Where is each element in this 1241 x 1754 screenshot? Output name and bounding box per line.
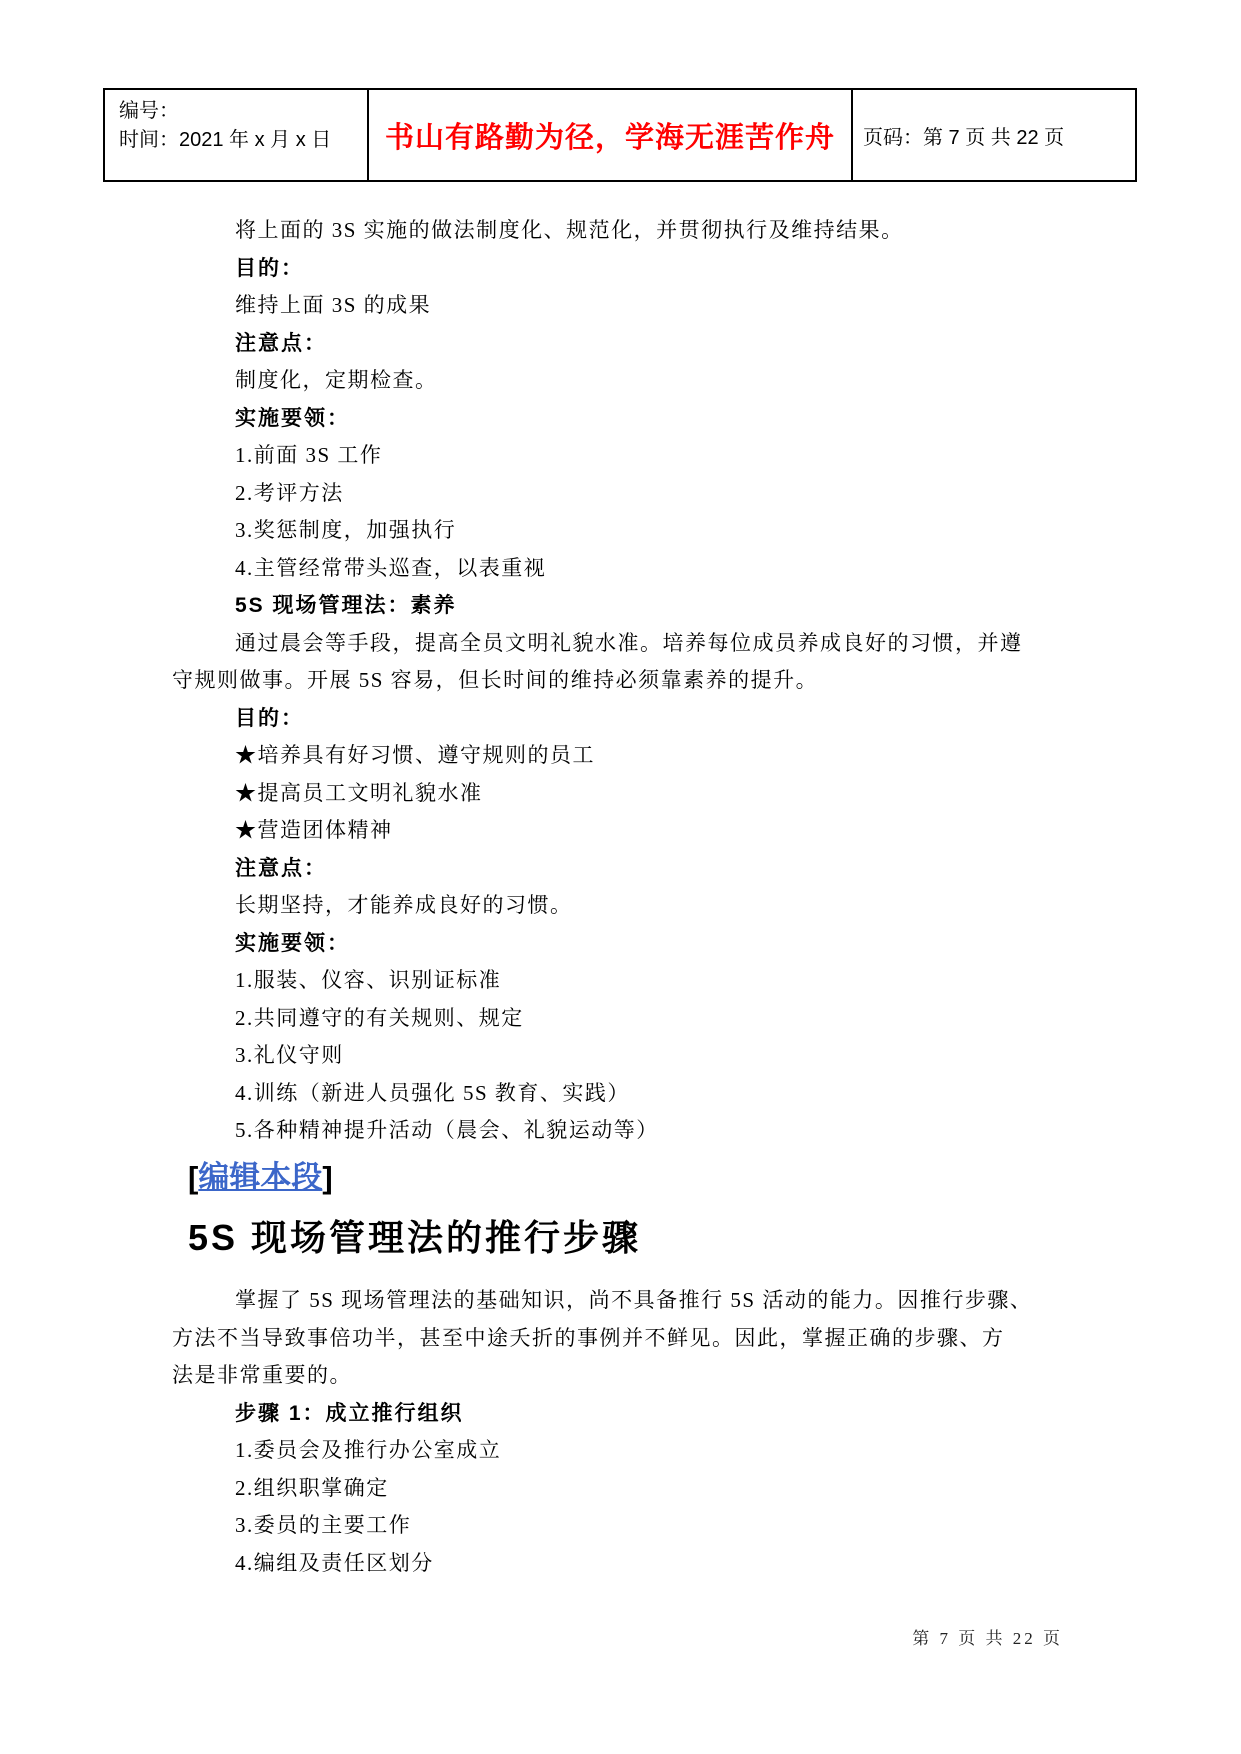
- body-line: 3.礼仪守则: [0, 1037, 1241, 1075]
- body-line: 3.奖惩制度，加强执行: [0, 512, 1241, 550]
- body-line: 1.服装、仪容、识别证标准: [0, 962, 1241, 1000]
- body-line: 制度化，定期检查。: [0, 362, 1241, 400]
- body-line: 掌握了 5S 现场管理法的基础知识，尚不具备推行 5S 活动的能力。因推行步骤、: [0, 1282, 1241, 1320]
- open-bracket: [: [188, 1160, 198, 1195]
- body-section-tuixing-buzhou: 掌握了 5S 现场管理法的基础知识，尚不具备推行 5S 活动的能力。因推行步骤、…: [0, 1282, 1241, 1582]
- body-line: 将上面的 3S 实施的做法制度化、规范化，并贯彻执行及维持结果。: [0, 212, 1241, 250]
- body-line: 维持上面 3S 的成果: [0, 287, 1241, 325]
- body-line: 4.主管经常带头巡查，以表重视: [0, 550, 1241, 588]
- body-line: 1.前面 3S 工作: [0, 437, 1241, 475]
- body-line: 2.共同遵守的有关规则、规定: [0, 1000, 1241, 1038]
- body-line: 实施要领：: [0, 925, 1241, 963]
- body-line: ★营造团体精神: [0, 812, 1241, 850]
- body-line: 注意点：: [0, 325, 1241, 363]
- body-line: 通过晨会等手段，提高全员文明礼貌水准。培养每位成员养成良好的习惯，并遵: [0, 625, 1241, 663]
- header-cell-slogan: 书山有路勤为径，学海无涯苦作舟: [369, 90, 853, 180]
- body-line: 注意点：: [0, 850, 1241, 888]
- body-line: 4.编组及责任区划分: [0, 1545, 1241, 1583]
- slogan-text: 书山有路勤为径，学海无涯苦作舟: [385, 115, 835, 156]
- body-line: 1.委员会及推行办公室成立: [0, 1432, 1241, 1470]
- body-line: 实施要领：: [0, 400, 1241, 438]
- body-line: 2.考评方法: [0, 475, 1241, 513]
- edit-section-link[interactable]: 编辑本段: [198, 1160, 322, 1195]
- body-line: 4.训练（新进人员强化 5S 教育、实践）: [0, 1075, 1241, 1113]
- body-section-5s-suyang: 将上面的 3S 实施的做法制度化、规范化，并贯彻执行及维持结果。目的：维持上面 …: [0, 212, 1241, 1150]
- section-heading: 5S 现场管理法的推行步骤: [188, 1208, 641, 1268]
- body-line: 目的：: [0, 700, 1241, 738]
- body-line: 5S 现场管理法：素养: [0, 587, 1241, 625]
- header-table: 编号： 时间：2021 年 x 月 x 日 书山有路勤为径，学海无涯苦作舟 页码…: [103, 88, 1137, 182]
- doc-time-label: 时间：2021 年 x 月 x 日: [119, 126, 363, 155]
- close-bracket: ]: [322, 1160, 332, 1195]
- body-line: ★培养具有好习惯、遵守规则的员工: [0, 737, 1241, 775]
- body-line: 3.委员的主要工作: [0, 1507, 1241, 1545]
- body-line: 长期坚持，才能养成良好的习惯。: [0, 887, 1241, 925]
- body-line: 目的：: [0, 250, 1241, 288]
- body-line: 法是非常重要的。: [0, 1357, 1241, 1395]
- body-line: 守规则做事。开展 5S 容易，但长时间的维持必须靠素养的提升。: [0, 662, 1241, 700]
- body-line: 5.各种精神提升活动（晨会、礼貌运动等）: [0, 1112, 1241, 1150]
- body-line: 步骤 1：成立推行组织: [0, 1395, 1241, 1433]
- edit-section-line: [编辑本段]: [188, 1152, 333, 1204]
- header-cell-page: 页码：第 7 页 共 22 页: [853, 90, 1133, 180]
- doc-number-label: 编号：: [119, 97, 363, 126]
- body-line: 方法不当导致事倍功半，甚至中途夭折的事例并不鲜见。因此，掌握正确的步骤、方: [0, 1320, 1241, 1358]
- body-line: ★提高员工文明礼貌水准: [0, 775, 1241, 813]
- page-number-label: 页码：第 7 页 共 22 页: [863, 121, 1064, 150]
- header-cell-meta: 编号： 时间：2021 年 x 月 x 日: [105, 90, 369, 180]
- body-line: 2.组织职掌确定: [0, 1470, 1241, 1508]
- document-page: 编号： 时间：2021 年 x 月 x 日 书山有路勤为径，学海无涯苦作舟 页码…: [0, 0, 1241, 1754]
- footer-page-info: 第 7 页 共 22 页: [912, 1624, 1063, 1649]
